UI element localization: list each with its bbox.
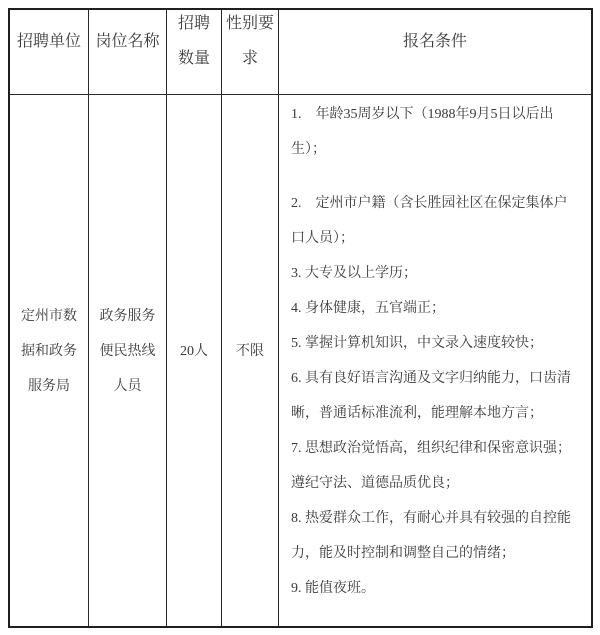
header-cell-conditions: 报名条件	[279, 10, 591, 95]
header-label-count: 招聘数量	[174, 10, 214, 76]
header-label-unit: 招聘单位	[17, 24, 81, 59]
condition-item: 4. 身体健康，五官端正；	[291, 291, 581, 326]
condition-item: 1. 年龄35周岁以下（1988年9月5日以后出生）；	[291, 97, 581, 167]
unit-cell: 定州市数据和政务服务局	[10, 95, 89, 626]
count-cell: 20人	[167, 95, 222, 626]
header-label-conditions: 报名条件	[403, 24, 467, 59]
header-label-gender: 性别要求	[225, 10, 275, 76]
unit-value: 定州市数据和政务服务局	[20, 299, 78, 404]
position-cell: 政务服务便民热线人员	[89, 95, 167, 626]
condition-item: 9. 能值夜班。	[291, 571, 581, 606]
position-value: 政务服务便民热线人员	[99, 299, 156, 404]
gender-value: 不限	[236, 334, 264, 369]
condition-item: 3. 大专及以上学历；	[291, 256, 581, 291]
header-cell-position: 岗位名称	[89, 10, 167, 95]
condition-item: 5. 掌握计算机知识，中文录入速度较快；	[291, 326, 581, 361]
header-cell-count: 招聘数量	[167, 10, 222, 95]
recruitment-table: 招聘单位 岗位名称 招聘数量 性别要求 报名条件 定州市数据和政务服务局 政务服…	[8, 8, 593, 628]
header-cell-gender: 性别要求	[222, 10, 279, 95]
condition-item: 8. 热爱群众工作，有耐心并具有较强的自控能力，能及时控制和调整自己的情绪；	[291, 501, 581, 571]
gender-cell: 不限	[222, 95, 279, 626]
condition-item: 6. 具有良好语言沟通及文字归纳能力，口齿清晰，普通话标准流利，能理解本地方言；	[291, 361, 581, 431]
condition-item: 7. 思想政治觉悟高，组织纪律和保密意识强；遵纪守法、道德品质优良；	[291, 431, 581, 501]
count-value: 20人	[180, 334, 208, 369]
conditions-cell: 1. 年龄35周岁以下（1988年9月5日以后出生）； 2. 定州市户籍（含长胜…	[279, 95, 591, 626]
document-page: 招聘单位 岗位名称 招聘数量 性别要求 报名条件 定州市数据和政务服务局 政务服…	[0, 0, 600, 635]
header-cell-unit: 招聘单位	[10, 10, 89, 95]
condition-item: 2. 定州市户籍（含长胜园社区在保定集体户口人员）；	[291, 186, 581, 256]
header-label-position: 岗位名称	[95, 24, 159, 59]
